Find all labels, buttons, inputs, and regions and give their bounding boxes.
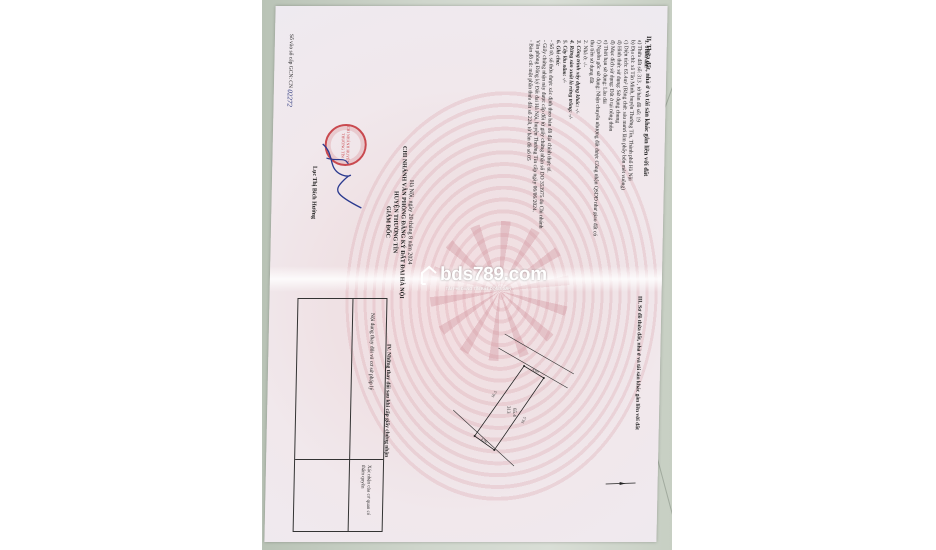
table-header-divider — [348, 299, 354, 531]
house-icon — [420, 265, 438, 285]
registry-number: 02272 — [286, 89, 294, 107]
signer-name: Lục Thị Bích Hường — [309, 166, 317, 219]
table-col-2-header: Xác nhận của cơ quan có thẩm quyền — [358, 465, 371, 525]
watermark-tagline: TẢI PHÍ ĐĂNG TIN BẤT ĐỘNG SẢN — [446, 286, 512, 291]
plot-area: 65.4 — [511, 408, 516, 417]
document-photo: II. Thửa đất, nhà ở và tài sản khác gắn … — [262, 0, 672, 550]
changes-table: Nội dung thay đổi và cơ sở pháp lý Xác n… — [293, 298, 388, 532]
section-iii-title: III. Sơ đồ thửa đất, nhà ở và tài sản kh… — [633, 296, 643, 430]
table-col-1-header: Nội dung thay đổi và cơ sở pháp lý — [367, 313, 376, 390]
north-arrow-icon — [606, 480, 636, 488]
signature-block: Hà Nội, ngày 20 tháng 8 năm 2024 CHI NHÁ… — [381, 146, 414, 299]
land-plot-diagram: 313 65.4 16.5 16.5 4.00 4.00 — [452, 324, 575, 474]
side-label: 16.5 — [490, 390, 498, 399]
signature-scribble — [313, 134, 375, 214]
table-column-divider — [295, 459, 383, 460]
site-watermark: bds789.com TẢI PHÍ ĐĂNG TIN BẤT ĐỘNG SẢN — [420, 264, 547, 286]
side-label: 16.5 — [519, 416, 527, 425]
watermark-brand: bds789.com — [440, 264, 547, 286]
plot-parcel-number: 313 — [505, 406, 510, 414]
certificate-paper: II. Thửa đất, nhà ở và tài sản khác gắn … — [264, 6, 667, 542]
side-label: 4.00 — [531, 367, 540, 375]
section-ii-body: 1. Thửa đất: a) Thửa đất số: 313 , tờ bả… — [523, 40, 649, 236]
registry-label-text: Số vào sổ cấp GCN: CN — [287, 34, 294, 88]
registry-label: Số vào sổ cấp GCN: CN 02272 — [286, 34, 295, 107]
side-label: 4.00 — [480, 437, 489, 445]
